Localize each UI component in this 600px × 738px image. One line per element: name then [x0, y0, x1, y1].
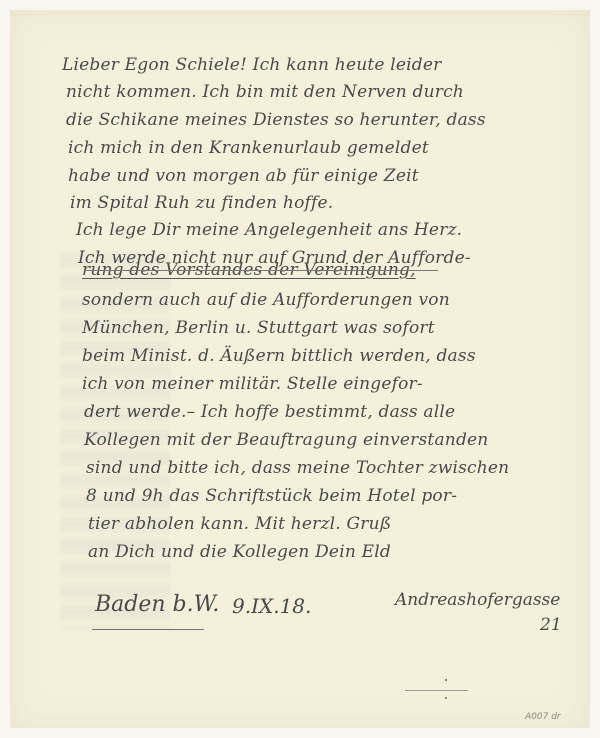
letter-line: beim Minist. d. Äußern bittlich werden, … — [82, 346, 476, 366]
letter-line: die Schikane meines Dienstes so herunter… — [66, 110, 486, 130]
letter-line: tier abholen kann. Mit herzl. Gruß — [88, 514, 391, 534]
footer-address-number: 21 — [540, 615, 562, 635]
archive-mark: A007 dr — [525, 712, 561, 722]
footer-date: 9.IX.18. — [232, 594, 311, 618]
letter-line: habe und von morgen ab für einige Zeit — [68, 166, 419, 186]
footer-place: Baden b.W. — [95, 592, 219, 617]
letter-line: München, Berlin u. Stuttgart was sofort — [82, 318, 435, 338]
letter-line: im Spital Ruh zu finden hoffe. — [70, 193, 333, 213]
letter-line: dert werde.– Ich hoffe bestimmt, dass al… — [84, 402, 455, 422]
letter-line: ich mich in den Krankenurlaub gemeldet — [68, 138, 429, 158]
footer-address: Andreashofergasse — [395, 590, 560, 610]
letter-line: sind und bitte ich, dass meine Tochter z… — [86, 458, 509, 478]
divider-dot — [445, 697, 447, 699]
letter-line: Lieber Egon Schiele! Ich kann heute leid… — [62, 55, 441, 75]
letter-line: Kollegen mit der Beauftragung einverstan… — [84, 430, 488, 450]
letter-line: 8 und 9h das Schriftstück beim Hotel por… — [86, 486, 457, 506]
letter-line: nicht kommen. Ich bin mit den Nerven dur… — [66, 82, 464, 102]
place-underline — [92, 629, 204, 630]
divider-dot — [445, 679, 447, 681]
letter-line: sondern auch auf die Aufforderungen von — [82, 290, 450, 310]
letter-line-closing: an Dich und die Kollegen Dein Eld — [88, 542, 391, 562]
divider-mark — [405, 690, 468, 691]
underline-mark — [84, 270, 438, 271]
letter-line: ich von meiner militär. Stelle eingefor- — [82, 374, 423, 394]
letter-line: Ich lege Dir meine Angelegenheit ans Her… — [76, 220, 462, 240]
